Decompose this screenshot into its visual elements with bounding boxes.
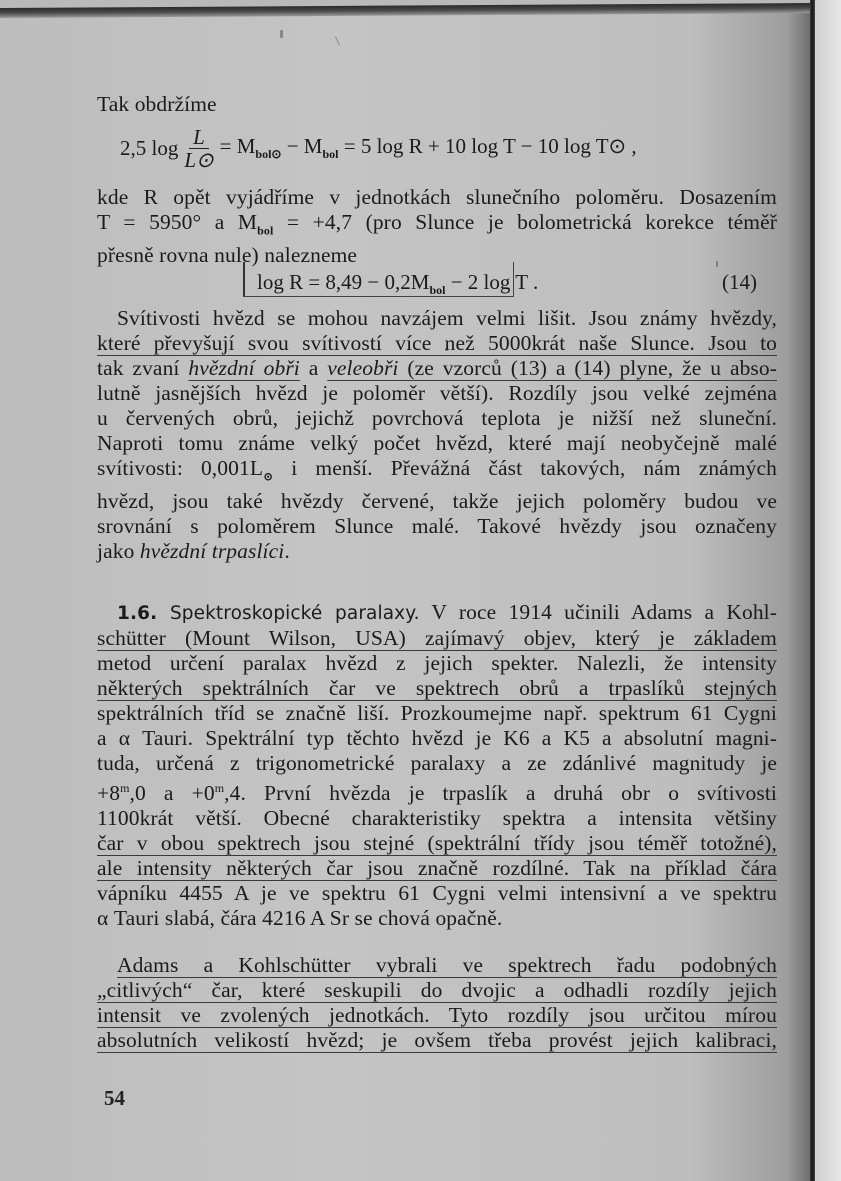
p2-t2: a [300, 356, 327, 380]
p4-line-2: „citlivých“ čar, které seskupili do dvoj… [97, 978, 777, 1003]
s-l1: V roce 1914 učinili Adams a Kohl- [420, 600, 777, 624]
paragraph-4: Adams a Kohlschütter vybrali ve spektrec… [97, 953, 777, 1053]
p2-t4: i menší. Převážná část takových, nám zná… [273, 456, 777, 480]
p2-term-dwarfs: hvězdní trpaslíci [140, 539, 284, 563]
intro-line: Tak obdržíme [97, 92, 777, 117]
equation-luminosity: 2,5 log L L⊙ = Mbol⊙ − Mbol = 5 log R + … [120, 126, 637, 171]
s-line-3: metod určení paralax hvězd z jejich spek… [97, 651, 777, 676]
section-1-6: 1.6. Spektroskopické paralaxy. V roce 19… [97, 600, 777, 931]
s-line-8: +8m,0 a +0m,4. První hvězda je trpaslík … [97, 776, 777, 806]
s-line-11: ale intensity některých čar jsou značně … [97, 856, 777, 881]
p2-line-6: Naproti tomu známe velký počet hvězd, kt… [97, 431, 777, 456]
eq14-lhs: log R = 8,49 − 0,2M [257, 270, 429, 294]
p2-line-1: Svítivosti hvězd se mohou navzájem velmi… [97, 306, 777, 331]
s-line-2: schütter (Mount Wilson, USA) zajímavý ob… [97, 626, 777, 651]
p1-t-eq: T = 5950° a M [97, 210, 257, 234]
s-line-1: 1.6. Spektroskopické paralaxy. V roce 19… [97, 600, 777, 626]
page-number: 54 [104, 1086, 125, 1111]
eq1-sub-bol: bol [322, 148, 338, 162]
paper-speck [335, 36, 340, 45]
s-line-9: 1100krát větší. Obecné charakteristiky s… [97, 806, 777, 831]
section-title: Spektroskopické paralaxy. [170, 603, 420, 624]
eq1-m: = M [220, 134, 256, 158]
adjacent-page-edge [815, 0, 841, 1181]
eq14-sub: bol [429, 283, 445, 297]
p2-term-giants: hvězdní obři [188, 356, 300, 380]
section-heading: 1.6. Spektroskopické paralaxy. [117, 603, 420, 624]
page-top-edge [0, 3, 812, 18]
page-body: Tak obdržíme [97, 92, 777, 117]
s-mag1: +8 [97, 781, 120, 805]
p2-lum: svítivosti: 0,001L [97, 456, 263, 480]
eq1-sub-bolsun: bol⊙ [255, 148, 281, 162]
p1-line-1: kde R opět vyjádříme v jednotkách sluneč… [97, 185, 777, 210]
paragraph-1: kde R opět vyjádříme v jednotkách sluneč… [97, 185, 777, 268]
p1-line-2: T = 5950° a Mbol = +4,7 (pro Slunce je b… [97, 210, 777, 243]
p2-line-9: srovnání s poloměrem Slunce malé. Takové… [97, 514, 777, 539]
equation-14: log R = 8,49 − 0,2Mbol − 2 log T . [257, 270, 538, 298]
p2-line-10: jako hvězdní trpaslíci. [97, 539, 777, 564]
eq1-middle: = Mbol⊙ − Mbol = 5 log R + 10 log T − 10… [220, 134, 637, 162]
p2-term-supergiants: veleobři [327, 356, 398, 380]
p2-sun-sub: ⊙ [263, 469, 273, 483]
p4-line-3: intensit ve zvolených jednotkách. Tyto r… [97, 1003, 777, 1028]
eq1-denominator: L⊙ [184, 149, 213, 171]
section-number: 1.6. [117, 603, 157, 624]
s-m-sup1: m [120, 781, 129, 795]
p4-line-4: absolutních velikostí hvězd; je ovšem tř… [97, 1028, 777, 1053]
p2-line-2: které převyšují svou svítivostí více než… [97, 331, 777, 356]
p1-sub-bol: bol [257, 223, 273, 237]
p2-line-4: lutně jasnějších hvězd je poloměr větší)… [97, 381, 777, 406]
s-line-5: spektrálních tříd se značně liší. Prozko… [97, 701, 777, 726]
s-line-12: vápníku 4455 A je ve spektru 61 Cygni ve… [97, 881, 777, 906]
s-line-7: tuda, určená z trigonometrické paralaxy … [97, 751, 777, 776]
eq1-numerator: L [189, 126, 209, 149]
s-line-6: a α Tauri. Spektrální typ těchto hvězd j… [97, 726, 777, 751]
paper-speck [280, 30, 283, 38]
s-line-10: čar v obou spektrech jsou stejné (spektr… [97, 831, 777, 856]
s-line-13: α Tauri slabá, čára 4216 A Sr se chová o… [97, 906, 777, 931]
eq1-rhs: = 5 log R + 10 log T − 10 log T⊙ , [338, 134, 636, 158]
p2-t5: jako [97, 539, 140, 563]
p2-line-8: hvězd, jsou také hvězdy červené, takže j… [97, 489, 777, 514]
p2-line-5: u červených obrů, jejichž povrchová tepl… [97, 406, 777, 431]
s-mag2: ,0 a +0 [130, 781, 215, 805]
s-line-4: některých spektrálních čar ve spektrech … [97, 676, 777, 701]
p2-t3: (ze vzorců (13) a (14) plyne, že u abso- [399, 356, 778, 380]
s-mag-rest: ,4. První hvězda je trpaslík a druhá obr… [224, 781, 777, 805]
p4-line-1: Adams a Kohlschütter vybrali ve spektrec… [97, 953, 777, 978]
eq1-minus-m: − M [281, 134, 322, 158]
p2-line-3: tak zvaní hvězdní obři a veleobři (ze vz… [97, 356, 777, 381]
paragraph-2: Svítivosti hvězd se mohou navzájem velmi… [97, 306, 777, 564]
p2-line-7: svítivosti: 0,001L⊙ i menší. Převážná čá… [97, 456, 777, 489]
eq1-fraction: L L⊙ [184, 126, 213, 171]
eq1-coeff: 2,5 log [120, 136, 178, 161]
p2-period: . [284, 539, 289, 563]
eq14-rhs: − 2 log T . [445, 270, 538, 294]
p1-rest: = +4,7 (pro Slunce je bolometrická korek… [273, 210, 777, 234]
s-m-sup2: m [215, 781, 224, 795]
p2-t1: tak zvaní [97, 356, 188, 380]
equation-14-label: (14) [722, 270, 757, 295]
